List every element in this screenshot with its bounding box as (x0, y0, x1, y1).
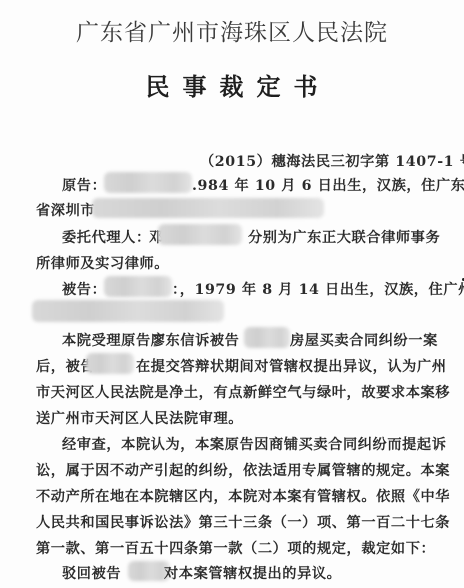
defendant-label: 被告： (62, 279, 106, 299)
redacted-plaintiff-name (104, 172, 192, 193)
body-p2-line2: 讼，属于因不动产引起的纠纷，依法适用专属管辖的规定。本案 (36, 460, 450, 480)
case-number: （2015）穗海法民三初字第 1407-1 号 (200, 151, 464, 171)
body-p1-line1a: 本院受理原告廖东信诉被告 (62, 330, 239, 350)
ruling-b: 对本案管辖权提出的异议。 (164, 563, 341, 583)
body-p1-line4: 送广州市天河区人民法院审理。 (36, 408, 243, 428)
plaintiff-address: 省深圳市 (36, 200, 95, 220)
defendant-info: ：，1979 年 8 月 14 日出生，汉族，住广州 (172, 279, 464, 299)
body-p1-line3: 市天河区人民法院是净土，有点新鲜空气与绿叶，故要求本案移 (36, 382, 450, 402)
agent-label: 委托代理人： (62, 227, 151, 247)
redacted-defendant-name (104, 276, 172, 297)
agent-info-cont: 所律师及实习律师。 (36, 253, 169, 273)
body-p2-line4: 人民共和国民事诉讼法》第三十三条（一）项、第一百二十七条 (36, 512, 450, 532)
redacted-plaintiff-address (92, 198, 324, 218)
plaintiff-info: .984 年 10 月 6 日出生，汉族，住广东 (192, 175, 464, 195)
body-p2-line3: 不动产所在地在本院辖区内，本院对本案有管辖权。依照《中华 (36, 486, 450, 506)
redacted-defendant-address (32, 300, 224, 322)
court-name: 广东省广州市海珠区人民法院 (0, 14, 464, 47)
ruling-a: 驳回被告 (62, 563, 121, 583)
body-p2-line1: 经审查，本院认为，本案原告因商铺买卖合同纠纷而提起诉 (62, 434, 446, 454)
redacted-defendant-name-2 (244, 327, 290, 348)
plaintiff-label: 原告： (62, 175, 106, 195)
body-p2-line5: 第一款、第一百五十四条第一款（二）项的规定，裁定如下： (36, 538, 435, 558)
document-title: 民事裁定书 (0, 67, 464, 102)
redacted-agent-names (158, 224, 242, 245)
body-p1-line1b: 房屋买卖合同纠纷一案 (290, 330, 438, 350)
redacted-defendant-name-3 (86, 353, 134, 374)
body-p1-line2b: 在提交答辩状期间对管辖权提出异议，认为广州 (136, 356, 447, 376)
agent-info: 分别为广东正大联合律师事务 (248, 227, 440, 247)
